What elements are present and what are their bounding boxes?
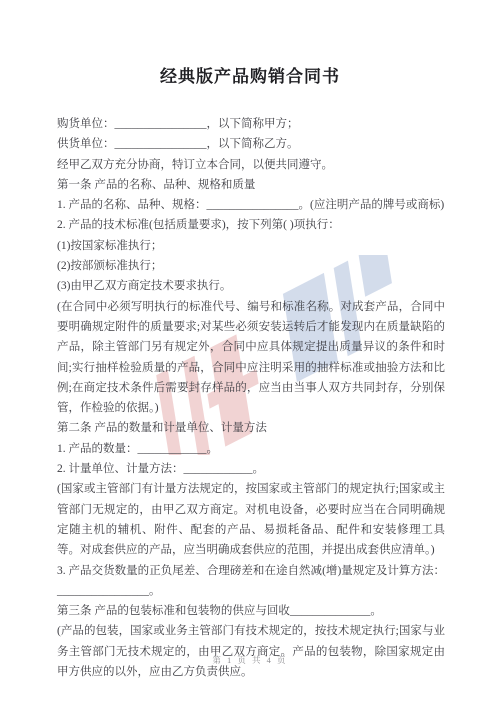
paragraph: (3)由甲乙双方商定技术要求执行。 bbox=[57, 276, 445, 296]
contract-body: 购货单位：________________，以下简称甲方；供货单位：______… bbox=[57, 114, 445, 682]
paragraph: 供货单位：________________，以下简称乙方。 bbox=[57, 134, 445, 154]
document-title: 经典版产品购销合同书 bbox=[0, 0, 500, 87]
paragraph: 第一条 产品的名称、品种、规格和质量 bbox=[57, 175, 445, 195]
paragraph: 第三条 产品的包装标准和包装物的供应与回收______________。 bbox=[57, 601, 445, 621]
paragraph: 1. 产品的数量：____________。 bbox=[57, 439, 445, 459]
paragraph: (在合同中必须写明执行的标准代号、编号和标准名称。对成套产品，合同中要明确规定附… bbox=[57, 297, 445, 419]
paragraph: (1)按国家标准执行； bbox=[57, 236, 445, 256]
page-number-footer: 第 1 页 共 4 页 bbox=[0, 654, 500, 666]
paragraph: 经甲乙双方充分协商，特订立本合同，以便共同遵守。 bbox=[57, 155, 445, 175]
paragraph: 3. 产品交货数量的正负尾差、合理磅差和在途自然减(增)量规定及计算方法：___… bbox=[57, 561, 445, 602]
paragraph: 2. 计量单位、计量方法：____________。 bbox=[57, 459, 445, 479]
paragraph: 第二条 产品的数量和计量单位、计量方法 bbox=[57, 418, 445, 438]
paragraph: 1. 产品的名称、品种、规格：________________。(应注明产品的牌… bbox=[57, 195, 445, 215]
paragraph: (2)按部颁标准执行； bbox=[57, 256, 445, 276]
document-page: 经典版产品购销合同书 购货单位：________________，以下简称甲方；… bbox=[0, 0, 500, 706]
paragraph: 2. 产品的技术标准(包括质量要求)，按下列第( )项执行： bbox=[57, 215, 445, 235]
paragraph: (产品的包装，国家或业务主管部门有技术规定的，按技术规定执行;国家与业务主管部门… bbox=[57, 621, 445, 682]
paragraph: 购货单位：________________，以下简称甲方； bbox=[57, 114, 445, 134]
paragraph: (国家或主管部门有计量方法规定的，按国家或主管部门的规定执行;国家或主管部门无规… bbox=[57, 479, 445, 560]
